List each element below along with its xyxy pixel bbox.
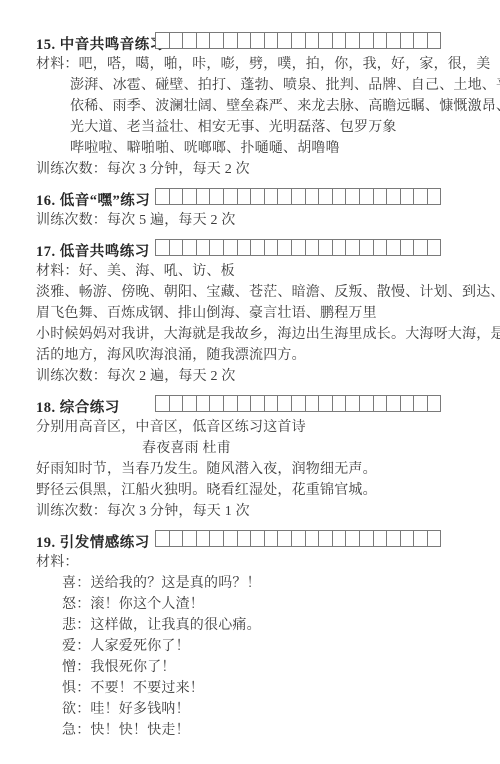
practice-box	[359, 32, 374, 49]
practice-box	[277, 188, 292, 205]
practice-box	[373, 188, 388, 205]
practice-box	[182, 395, 197, 412]
passage-line: 小时候妈妈对我讲，大海就是我故乡，海边出生海里成长。大海呀大海，是我生	[36, 324, 460, 345]
practice-box	[209, 32, 224, 49]
practice-box	[318, 188, 333, 205]
practice-box-grid	[155, 530, 441, 547]
practice-box	[196, 32, 211, 49]
practice-box-grid	[155, 32, 441, 49]
practice-box	[169, 32, 184, 49]
practice-box	[209, 530, 224, 547]
practice-box	[345, 188, 360, 205]
poem-line: 野径云俱黑，江船火独明。晓看红湿处，花重锦官城。	[36, 480, 460, 501]
practice-box	[359, 530, 374, 547]
section-16: 16. 低音“嘿”练习 训练次数：每次 5 遍，每天 2 次	[36, 188, 460, 231]
emotion-line-fear: 惧：不要！不要过来！	[36, 678, 460, 699]
practice-box	[209, 395, 224, 412]
word-list-line: 眉飞色舞、百炼成钢、排山倒海、豪言壮语、鹏程万里	[36, 303, 460, 324]
word-list-line: 依稀、雨季、波澜壮阔、壁垒森严、来龙去脉、高瞻远瞩、慷慨激昂、阳	[36, 96, 460, 117]
practice-box	[305, 239, 320, 256]
practice-box	[155, 239, 170, 256]
practice-box	[345, 395, 360, 412]
section-15-heading: 15. 中音共鸣音练习	[36, 33, 165, 54]
practice-box	[169, 188, 184, 205]
practice-box	[427, 188, 442, 205]
section-17-heading: 17. 低音共鸣练习	[36, 240, 150, 261]
practice-box	[413, 188, 428, 205]
section-16-heading-row: 16. 低音“嘿”练习	[36, 188, 460, 210]
passage-line: 活的地方，海风吹海浪涌，随我漂流四方。	[36, 345, 460, 366]
emotion-line-desire: 欲：哇！好多钱呐！	[36, 699, 460, 720]
practice-box	[359, 239, 374, 256]
section-16-heading: 16. 低音“嘿”练习	[36, 189, 150, 210]
section-17-heading-row: 17. 低音共鸣练习	[36, 239, 460, 261]
emotion-line-joy: 喜：送给我的？这是真的吗？！	[36, 573, 460, 594]
practice-box	[264, 32, 279, 49]
materials-line: 材料：好、美、海、吼、访、板	[36, 261, 460, 282]
practice-box-grid	[155, 395, 441, 412]
practice-box	[332, 530, 347, 547]
practice-box	[400, 395, 415, 412]
practice-box	[359, 395, 374, 412]
practice-box	[250, 32, 265, 49]
practice-box	[413, 395, 428, 412]
practice-box	[237, 395, 252, 412]
materials-label: 材料：	[36, 552, 460, 573]
section-17: 17. 低音共鸣练习 材料：好、美、海、吼、访、板 淡雅、畅游、傍晚、朝阳、宝藏…	[36, 239, 460, 387]
practice-box	[223, 32, 238, 49]
practice-box	[182, 239, 197, 256]
practice-box	[264, 239, 279, 256]
practice-box	[413, 239, 428, 256]
practice-box	[209, 239, 224, 256]
practice-box	[169, 395, 184, 412]
practice-box	[345, 32, 360, 49]
practice-box	[332, 32, 347, 49]
practice-box	[196, 530, 211, 547]
section-19-heading: 19. 引发情感练习	[36, 531, 150, 552]
practice-box	[305, 395, 320, 412]
practice-box	[427, 32, 442, 49]
document-page: 15. 中音共鸣音练习 材料：吧，嗒，噶，啪，咔，嘭，劈，噗，拍，你，我，好，家…	[0, 0, 500, 764]
practice-box	[237, 239, 252, 256]
poem-line: 好雨知时节，当春乃发生。随风潜入夜，润物细无声。	[36, 459, 460, 480]
practice-box	[223, 239, 238, 256]
practice-box	[413, 32, 428, 49]
section-19-heading-row: 19. 引发情感练习	[36, 530, 460, 552]
practice-box	[318, 32, 333, 49]
practice-box	[305, 530, 320, 547]
practice-box	[332, 395, 347, 412]
practice-box	[223, 395, 238, 412]
training-count-line: 训练次数：每次 2 遍，每天 2 次	[36, 366, 460, 387]
training-count-line: 训练次数：每次 3 分钟，每天 1 次	[36, 501, 460, 522]
practice-box	[291, 239, 306, 256]
practice-box	[400, 32, 415, 49]
practice-box	[345, 239, 360, 256]
practice-box	[209, 188, 224, 205]
emotion-line-anger: 怒：滚！你这个人渣！	[36, 594, 460, 615]
practice-box	[155, 32, 170, 49]
practice-box	[400, 188, 415, 205]
word-list-line: 哔啦啦、噼啪啪、咣啷啷、扑嗵嗵、胡噜噜	[36, 138, 460, 159]
practice-box	[277, 239, 292, 256]
emotion-line-hate: 憎：我恨死你了！	[36, 657, 460, 678]
emotion-line-sadness: 悲：这样做，让我真的很心痛。	[36, 615, 460, 636]
practice-box	[386, 530, 401, 547]
practice-box	[413, 530, 428, 547]
practice-box	[291, 32, 306, 49]
practice-box	[250, 188, 265, 205]
practice-box	[250, 395, 265, 412]
practice-box	[305, 188, 320, 205]
practice-box	[264, 395, 279, 412]
practice-box	[345, 530, 360, 547]
practice-box	[277, 32, 292, 49]
practice-box	[277, 530, 292, 547]
instruction-line: 分别用高音区，中音区，低音区练习这首诗	[36, 417, 460, 438]
practice-box	[182, 32, 197, 49]
practice-box	[155, 188, 170, 205]
practice-box	[318, 239, 333, 256]
practice-box-grid	[155, 188, 441, 205]
section-15: 15. 中音共鸣音练习 材料：吧，嗒，噶，啪，咔，嘭，劈，噗，拍，你，我，好，家…	[36, 32, 460, 180]
section-18-heading: 18. 综合练习	[36, 396, 120, 417]
section-18-heading-row: 18. 综合练习	[36, 395, 460, 417]
practice-box	[400, 530, 415, 547]
word-list-line: 澎湃、冰雹、碰壁、拍打、蓬勃、喷泉、批判、品牌、自己、土地、平静、	[36, 75, 460, 96]
practice-box	[427, 530, 442, 547]
practice-box	[373, 395, 388, 412]
practice-box	[291, 395, 306, 412]
practice-box	[318, 395, 333, 412]
poem-title: 春夜喜雨 杜甫	[36, 438, 460, 459]
emotion-line-urgency: 急：快！快！快走！	[36, 720, 460, 741]
practice-box	[332, 239, 347, 256]
practice-box	[196, 395, 211, 412]
practice-box	[237, 188, 252, 205]
section-18: 18. 综合练习 分别用高音区，中音区，低音区练习这首诗 春夜喜雨 杜甫 好雨知…	[36, 395, 460, 522]
practice-box	[427, 239, 442, 256]
section-19: 19. 引发情感练习 材料： 喜：送给我的？这是真的吗？！ 怒：滚！你这个人渣！…	[36, 530, 460, 741]
training-count-line: 训练次数：每次 5 遍，每天 2 次	[36, 210, 460, 231]
practice-box	[305, 32, 320, 49]
practice-box	[169, 530, 184, 547]
practice-box	[196, 188, 211, 205]
practice-box	[169, 239, 184, 256]
practice-box	[386, 188, 401, 205]
practice-box	[264, 188, 279, 205]
practice-box	[427, 395, 442, 412]
practice-box	[264, 530, 279, 547]
practice-box	[332, 188, 347, 205]
practice-box	[386, 32, 401, 49]
emotion-line-love: 爱：人家爱死你了！	[36, 636, 460, 657]
practice-box	[155, 530, 170, 547]
practice-box	[291, 530, 306, 547]
practice-box	[373, 530, 388, 547]
practice-box	[182, 530, 197, 547]
practice-box	[250, 239, 265, 256]
materials-line: 材料：吧，嗒，噶，啪，咔，嘭，劈，噗，拍，你，我，好，家，很，美	[36, 54, 460, 75]
practice-box-grid	[155, 239, 441, 256]
practice-box	[318, 530, 333, 547]
practice-box	[155, 395, 170, 412]
practice-box	[373, 32, 388, 49]
section-15-heading-row: 15. 中音共鸣音练习	[36, 32, 460, 54]
word-list-line: 光大道、老当益壮、相安无事、光明磊落、包罗万象	[36, 117, 460, 138]
practice-box	[237, 530, 252, 547]
practice-box	[400, 239, 415, 256]
training-count-line: 训练次数：每次 3 分钟，每天 2 次	[36, 159, 460, 180]
word-list-line: 淡雅、畅游、傍晚、朝阳、宝藏、苍茫、暗澹、反叛、散慢、计划、到达、发展	[36, 282, 460, 303]
practice-box	[237, 32, 252, 49]
practice-box	[386, 239, 401, 256]
practice-box	[250, 530, 265, 547]
practice-box	[182, 188, 197, 205]
practice-box	[223, 530, 238, 547]
practice-box	[386, 395, 401, 412]
practice-box	[277, 395, 292, 412]
practice-box	[223, 188, 238, 205]
practice-box	[359, 188, 374, 205]
practice-box	[291, 188, 306, 205]
practice-box	[373, 239, 388, 256]
practice-box	[196, 239, 211, 256]
